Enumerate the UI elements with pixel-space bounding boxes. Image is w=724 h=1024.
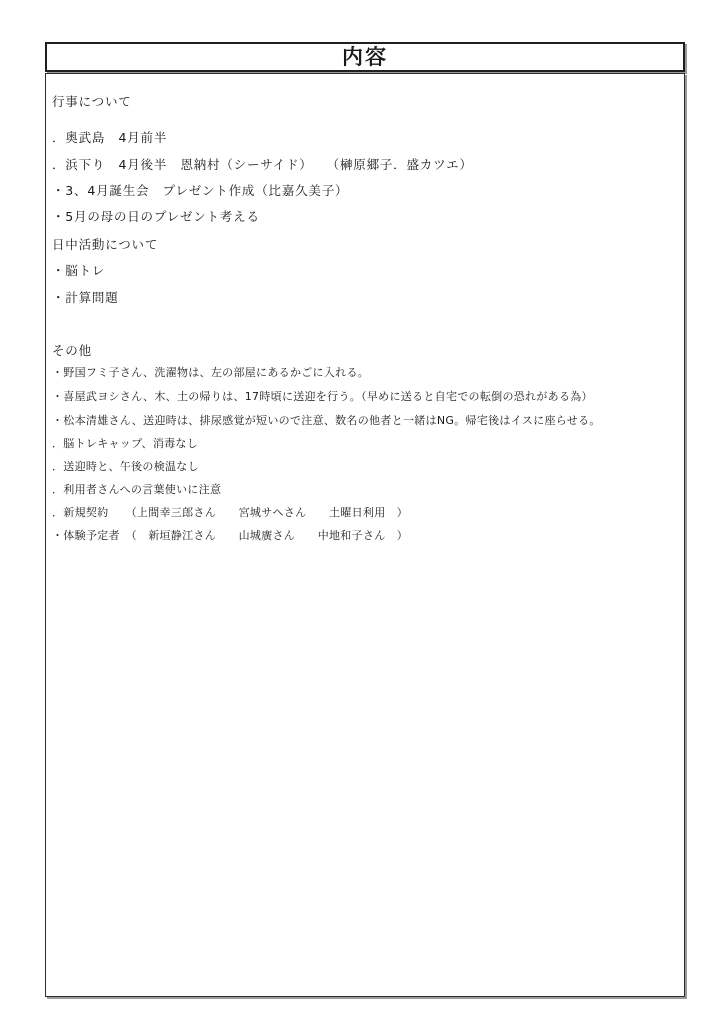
others-line: ・喜屋武ヨシさん、木、土の帰りは、17時頃に送迎を行う。（早めに送ると自宅での転… xyxy=(52,390,593,403)
daytime-activities-line: ・計算問題 xyxy=(52,290,119,305)
others-line: ．脳トレキャップ、消毒なし xyxy=(52,437,198,450)
events-line: ．浜下り 4月後半 恩納村（シーサイド） （榊原郷子．盛カツエ） xyxy=(52,157,473,172)
content-box: 行事について ．奥武島 4月前半 ．浜下り 4月後半 恩納村（シーサイド） （榊… xyxy=(45,73,685,997)
others-line: ．利用者さんへの言葉使いに注意 xyxy=(52,483,221,496)
daytime-activities-line: ・脳トレ xyxy=(52,263,105,278)
events-heading: 行事について xyxy=(52,94,132,109)
others-line: ・野国フミ子さん、洗濯物は、左の部屋にあるかごに入れる。 xyxy=(52,366,369,379)
document-title: 内容 xyxy=(342,47,388,68)
others-line: ・体験予定者 （ 新垣静江さん 山城廣さん 中地和子さん ） xyxy=(52,529,408,542)
document-page: 内容 行事について ．奥武島 4月前半 ．浜下り 4月後半 恩納村（シーサイド）… xyxy=(0,0,724,1024)
others-line: ．新規契約 （上間幸三郎さん 宮城サヘさん 土曜日利用 ） xyxy=(52,506,408,519)
others-heading: その他 xyxy=(52,343,92,358)
title-header: 内容 xyxy=(45,42,685,72)
events-line: ・3、4月誕生会 プレゼント作成（比嘉久美子） xyxy=(52,183,348,198)
others-line: ・松本清雄さん、送迎時は、排尿感覚が短いので注意、数名の他者と一緒はNG。帰宅後… xyxy=(52,414,601,427)
daytime-activities-heading: 日中活動について xyxy=(52,237,158,252)
events-line: ・5月の母の日のプレゼント考える xyxy=(52,209,260,224)
others-line: ．送迎時と、午後の検温なし xyxy=(52,460,199,473)
events-line: ．奥武島 4月前半 xyxy=(52,130,167,145)
